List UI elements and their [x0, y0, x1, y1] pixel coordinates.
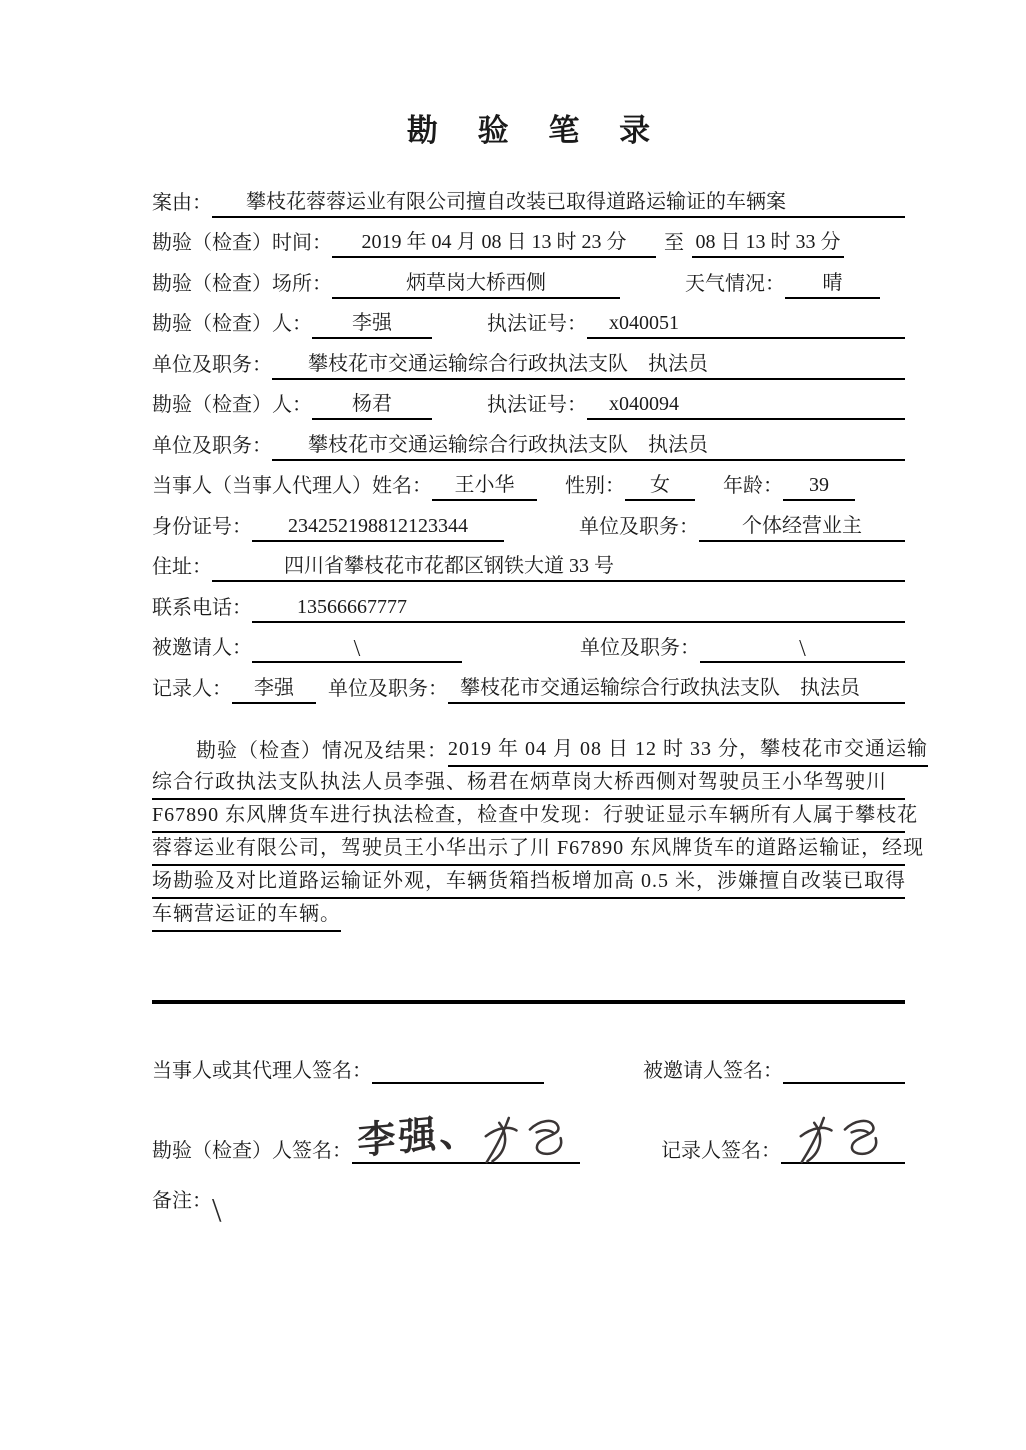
- invited-signature-line: [783, 1060, 905, 1084]
- weather-label: 天气情况：: [685, 267, 785, 299]
- invited-unit-value: \: [700, 633, 905, 663]
- case-reason-value: 攀枝花蓉蓉运业有限公司擅自改装已取得道路运输证的车辆案: [212, 188, 905, 218]
- inspection-time-label: 勘验（检查）时间：: [152, 226, 332, 258]
- signature-row-inspectors: 勘验（检查）人签名： 李强、 记录人签名：: [152, 1134, 905, 1164]
- findings-label: 勘验（检查）情况及结果：: [152, 736, 448, 767]
- findings-line-1-text: 2019 年 04 月 08 日 12 时 33 分，攀枝花市交通运输: [448, 734, 928, 767]
- findings-line-6: 车辆营运证的车辆。: [152, 899, 905, 932]
- party-age-value: 39: [783, 471, 855, 501]
- place-label: 勘验（检查）场所：: [152, 267, 332, 299]
- party-sign-label: 当事人或其代理人签名：: [152, 1054, 372, 1084]
- recorder-name: 李强: [232, 674, 316, 704]
- inspector-signature-line: 李强、: [352, 1140, 580, 1164]
- inspector2-unit-label: 单位及职务：: [152, 429, 272, 461]
- recorder-unit-value: 攀枝花市交通运输综合行政执法支队 执法员: [448, 674, 905, 704]
- recorder-label: 记录人：: [152, 672, 232, 704]
- party-name-label: 当事人（当事人代理人）姓名：: [152, 469, 432, 501]
- inspector2-unit-value: 攀枝花市交通运输综合行政执法支队 执法员: [272, 431, 905, 461]
- field-row-inspector2: 勘验（检查）人： 杨君 执法证号： x040094: [152, 380, 905, 421]
- recorder-sign-label: 记录人签名：: [661, 1134, 781, 1164]
- field-row-inspection-time: 勘验（检查）时间： 2019 年 04 月 08 日 13 时 23 分 至 0…: [152, 218, 905, 259]
- invited-sign-label: 被邀请人签名：: [643, 1054, 783, 1084]
- inspector1-cert-no: x040051: [587, 309, 905, 339]
- findings-line-2: 综合行政执法支队执法人员李强、杨君在炳草岗大桥西侧对驾驶员王小华驾驶川: [152, 767, 905, 800]
- recorder-signature-line: [781, 1140, 905, 1164]
- weather-value: 晴: [785, 269, 880, 299]
- remark-row: 备注： \: [152, 1184, 905, 1216]
- invited-label: 被邀请人：: [152, 631, 252, 663]
- phone-label: 联系电话：: [152, 591, 252, 623]
- party-gender-label: 性别：: [565, 469, 625, 501]
- document-title: 勘 验 笔 录: [152, 110, 905, 152]
- recorder-signature-scribble: [795, 1112, 891, 1170]
- recorder-unit-label: 单位及职务：: [328, 672, 448, 704]
- inspector1-unit-label: 单位及职务：: [152, 348, 272, 380]
- findings-line-4: 蓉蓉运业有限公司，驾驶员王小华出示了川 F67890 东风牌货车的道路运输证，经…: [152, 833, 905, 866]
- party-name-value: 王小华: [432, 471, 537, 501]
- section-divider-line: [152, 1000, 905, 1004]
- party-unit-label: 单位及职务：: [579, 510, 699, 542]
- id-card-label: 身份证号：: [152, 510, 252, 542]
- field-row-case-reason: 案由： 攀枝花蓉蓉运业有限公司擅自改装已取得道路运输证的车辆案: [152, 177, 905, 218]
- field-row-inspector2-unit: 单位及职务： 攀枝花市交通运输综合行政执法支队 执法员: [152, 420, 905, 461]
- inspector2-signature-scribble: [480, 1112, 576, 1170]
- field-row-recorder: 记录人： 李强 单位及职务： 攀枝花市交通运输综合行政执法支队 执法员: [152, 663, 905, 704]
- inspector1-cert-label: 执法证号：: [487, 307, 587, 339]
- remark-slash-mark: \: [212, 1196, 221, 1226]
- field-row-inspector1: 勘验（检查）人： 李强 执法证号： x040051: [152, 299, 905, 340]
- remark-label: 备注：: [152, 1184, 212, 1216]
- inspector2-label: 勘验（检查）人：: [152, 388, 312, 420]
- findings-line-1: 勘验（检查）情况及结果：2019 年 04 月 08 日 12 时 33 分，攀…: [152, 734, 905, 767]
- inspector-sign-label: 勘验（检查）人签名：: [152, 1134, 352, 1164]
- party-age-label: 年龄：: [723, 469, 783, 501]
- phone-value: 13566667777: [252, 593, 905, 623]
- findings-line-6-text: 车辆营运证的车辆。: [152, 899, 341, 932]
- field-row-invited: 被邀请人： \ 单位及职务： \: [152, 623, 905, 664]
- id-card-value: 234252198812123344: [252, 512, 504, 542]
- time-to-word: 至: [656, 226, 692, 258]
- field-row-party: 当事人（当事人代理人）姓名： 王小华 性别： 女 年龄： 39: [152, 461, 905, 502]
- place-value: 炳草岗大桥西侧: [332, 269, 620, 299]
- findings-section: 勘验（检查）情况及结果：2019 年 04 月 08 日 12 时 33 分，攀…: [152, 734, 905, 932]
- field-row-inspector1-unit: 单位及职务： 攀枝花市交通运输综合行政执法支队 执法员: [152, 339, 905, 380]
- signature-row-party: 当事人或其代理人签名： 被邀请人签名：: [152, 1056, 905, 1084]
- party-signature-line: [372, 1060, 544, 1084]
- field-row-place: 勘验（检查）场所： 炳草岗大桥西侧 天气情况： 晴: [152, 258, 905, 299]
- field-row-id-card: 身份证号： 234252198812123344 单位及职务： 个体经营业主: [152, 501, 905, 542]
- inspector2-name: 杨君: [312, 390, 432, 420]
- party-gender-value: 女: [625, 471, 695, 501]
- address-label: 住址：: [152, 550, 212, 582]
- field-row-address: 住址： 四川省攀枝花市花都区钢铁大道 33 号: [152, 542, 905, 583]
- inspector2-cert-label: 执法证号：: [487, 388, 587, 420]
- findings-line-3: F67890 东风牌货车进行执法检查，检查中发现：行驶证显示车辆所有人属于攀枝花: [152, 800, 905, 833]
- inspector1-label: 勘验（检查）人：: [152, 307, 312, 339]
- invited-unit-label: 单位及职务：: [580, 631, 700, 663]
- invited-value: \: [252, 633, 462, 663]
- inspector1-name: 李强: [312, 309, 432, 339]
- form-fields: 案由： 攀枝花蓉蓉运业有限公司擅自改装已取得道路运输证的车辆案 勘验（检查）时间…: [152, 177, 905, 704]
- inspection-time-to-value: 08 日 13 时 33 分: [692, 228, 844, 258]
- inspection-record-document: 勘 验 笔 录 案由： 攀枝花蓉蓉运业有限公司擅自改装已取得道路运输证的车辆案 …: [0, 0, 1026, 1450]
- field-row-phone: 联系电话： 13566667777: [152, 582, 905, 623]
- findings-line-5: 场勘验及对比道路运输证外观，车辆货箱挡板增加高 0.5 米，涉嫌擅自改装已取得: [152, 866, 905, 899]
- address-value: 四川省攀枝花市花都区钢铁大道 33 号: [212, 552, 905, 582]
- inspection-time-from-value: 2019 年 04 月 08 日 13 时 23 分: [332, 228, 656, 258]
- party-unit-value: 个体经营业主: [699, 512, 905, 542]
- inspector2-cert-no: x040094: [587, 390, 905, 420]
- case-reason-label: 案由：: [152, 186, 212, 218]
- inspector1-unit-value: 攀枝花市交通运输综合行政执法支队 执法员: [272, 350, 905, 380]
- inspector1-handwritten-signature: 李强、: [357, 1099, 481, 1165]
